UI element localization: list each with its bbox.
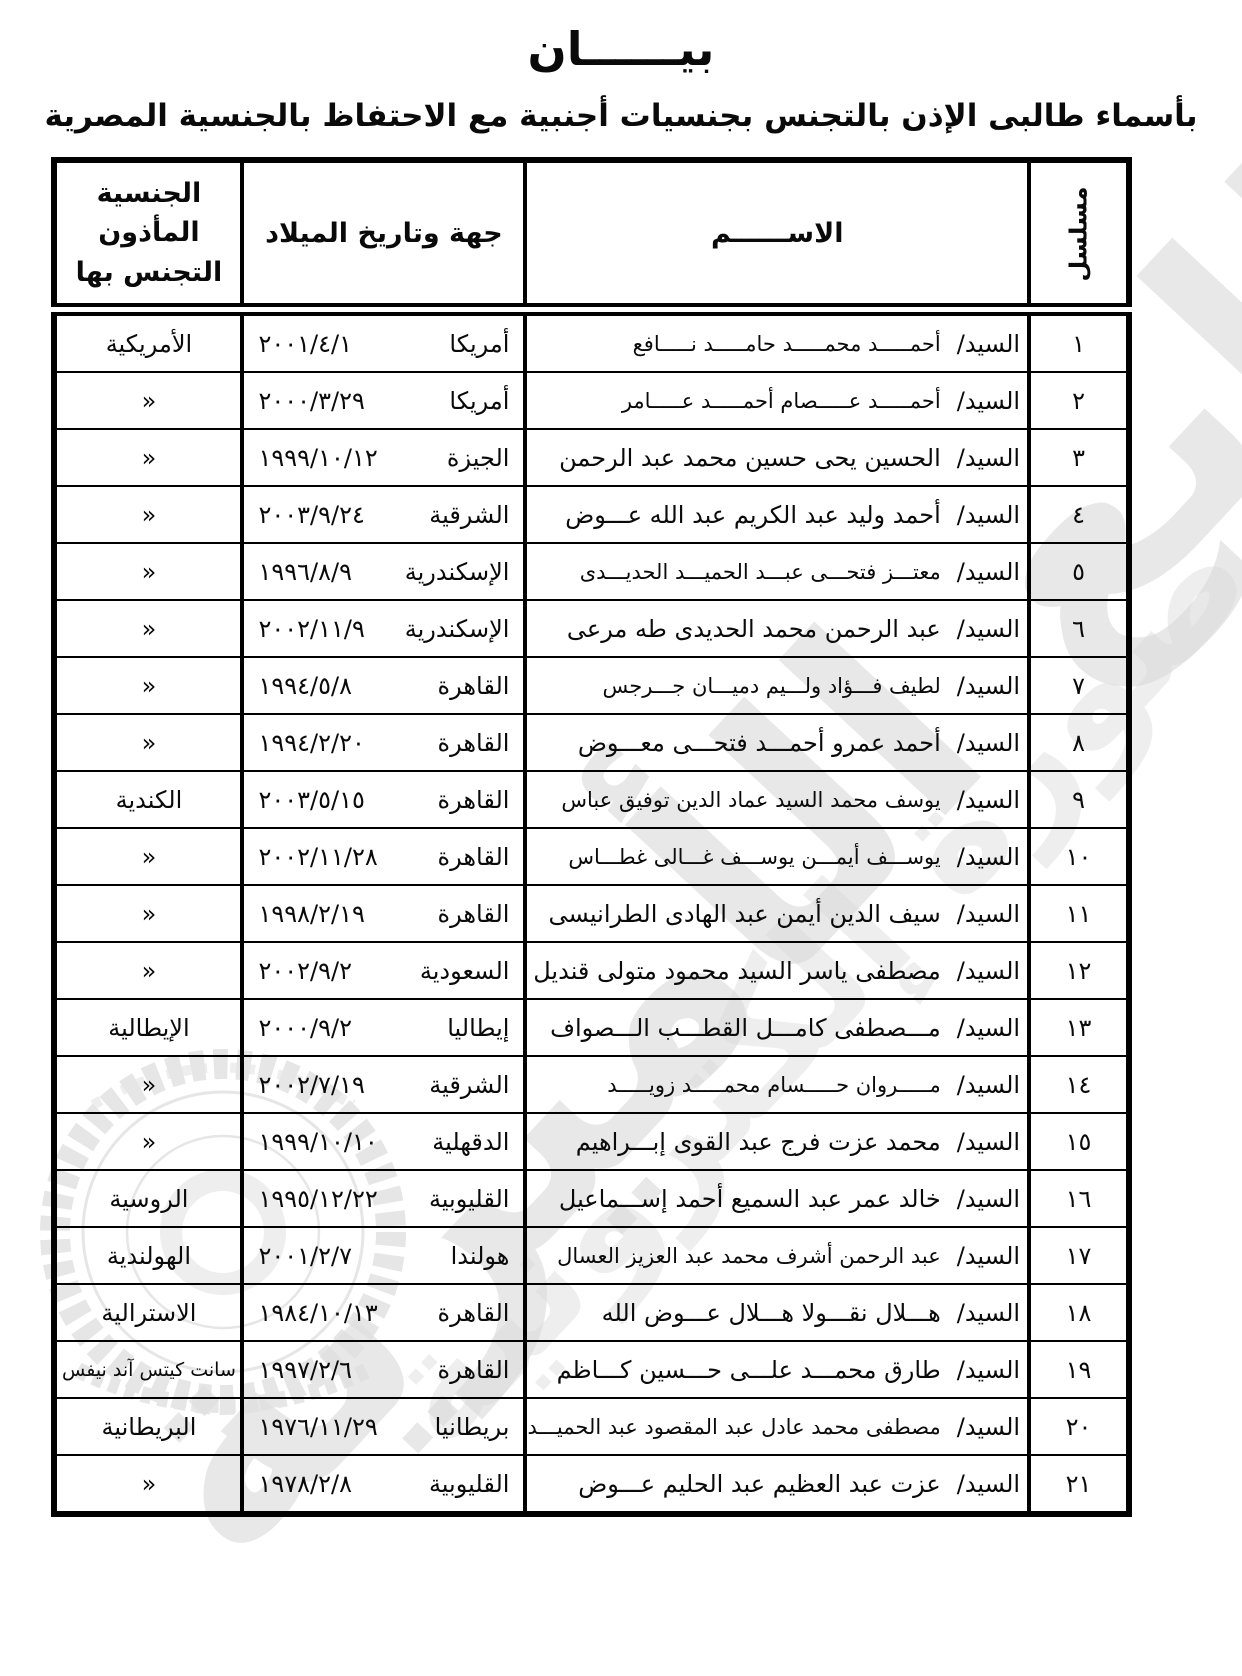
name-cell: السيد/أحمد عمرو أحمـــد فتحـــى معـــوض [525, 714, 1029, 771]
person-name: الحسين يحى حسين محمد عبد الرحمن [559, 444, 941, 472]
name-cell-inner: السيد/أحمد وليد عبد الكريم عبد الله عـــ… [527, 501, 1027, 529]
name-cell: السيد/مـــــروان حـــــسام محمـــــد زوي… [525, 1056, 1029, 1113]
name-cell: السيد/عزت عبد العظيم عبد الحليم عـــوض [525, 1455, 1029, 1514]
birth-cell: الإسكندرية٢٠٠٢/١١/٩ [242, 600, 525, 657]
serial-cell: ٤ [1029, 486, 1129, 543]
birth-cell: القاهرة٢٠٠٣/٥/١٥ [242, 771, 525, 828]
nationality-cell: الإيطالية [54, 999, 242, 1056]
birth-date: ١٩٩٦/٨/٩ [258, 558, 352, 586]
birth-place: الإسكندرية [405, 558, 510, 586]
birth-date: ٢٠٠١/٢/٧ [258, 1242, 352, 1270]
birth-place: القاهرة [438, 1356, 510, 1384]
nationality-cell: « [54, 1113, 242, 1170]
name-cell: السيد/مـــصطفى كامـــل القطـــب الـــصوا… [525, 999, 1029, 1056]
header-nationality-line1: الجنسية المأذون [57, 174, 240, 252]
name-cell-inner: السيد/عبد الرحمن أشرف محمد عبد العزيز ال… [527, 1242, 1027, 1270]
table-row: ٩السيد/يوسف محمد السيد عماد الدين توفيق … [54, 771, 1129, 828]
birth-date: ١٩٨٤/١٠/١٣ [258, 1299, 377, 1327]
name-cell-inner: السيد/مصطفى ياسر السيد محمود متولى قنديل [527, 957, 1027, 985]
birth-date: ١٩٩٩/١٠/١٠ [258, 1128, 377, 1156]
nationality-cell: « [54, 1056, 242, 1113]
name-cell-inner: السيد/أحمـــــد عـــــصام أحمـــــد عـــ… [527, 387, 1027, 415]
person-name: عبد الرحمن أشرف محمد عبد العزيز العسال [557, 1244, 941, 1268]
birth-cell: الجيزة١٩٩٩/١٠/١٢ [242, 429, 525, 486]
nationality-cell: الأمريكية [54, 310, 242, 373]
nationality-cell: « [54, 885, 242, 942]
nationality-cell: سانت كيتس آند نيفس [54, 1341, 242, 1398]
table-row: ١٨السيد/هـــلال نقـــولا هـــلال عـــوض … [54, 1284, 1129, 1341]
nationality-cell: « [54, 600, 242, 657]
honorific: السيد/ [957, 615, 1020, 643]
serial-cell: ١٨ [1029, 1284, 1129, 1341]
table-row: ١٤السيد/مـــــروان حـــــسام محمـــــد ز… [54, 1056, 1129, 1113]
honorific: السيد/ [957, 1413, 1020, 1441]
name-cell-inner: السيد/طارق محمـــد علـــى حـــسين كـــاظ… [527, 1356, 1027, 1384]
serial-cell: ١٦ [1029, 1170, 1129, 1227]
birth-cell-inner: هولندا٢٠٠١/٢/٧ [244, 1242, 523, 1270]
birth-place: السعودية [420, 957, 510, 985]
name-cell-inner: السيد/محمد عزت فرج عبد القوى إبـــراهيم [527, 1128, 1027, 1156]
name-cell: السيد/أحمد وليد عبد الكريم عبد الله عـــ… [525, 486, 1029, 543]
serial-cell: ٣ [1029, 429, 1129, 486]
table-row: ٥السيد/معتـــز فتحـــى عبـــد الحميـــد … [54, 543, 1129, 600]
header-serial: مسلسل [1029, 160, 1129, 310]
person-name: هـــلال نقـــولا هـــلال عـــوض الله [602, 1299, 941, 1327]
nationality-cell: « [54, 429, 242, 486]
table-row: ١٥السيد/محمد عزت فرج عبد القوى إبـــراهي… [54, 1113, 1129, 1170]
name-cell-inner: السيد/خالد عمر عبد السميع أحمد إســـماعي… [527, 1185, 1027, 1213]
person-name: لطيف فـــؤاد ولـــيم دميـــان جـــرجس [603, 674, 941, 698]
honorific: السيد/ [957, 1299, 1020, 1327]
birth-cell: الشرقية٢٠٠٢/٧/١٩ [242, 1056, 525, 1113]
birth-place: أمريكا [449, 330, 509, 358]
honorific: السيد/ [957, 672, 1020, 700]
nationality-cell: « [54, 714, 242, 771]
birth-cell: القاهرة١٩٩٤/٥/٨ [242, 657, 525, 714]
birth-place: القاهرة [438, 900, 510, 928]
birth-cell-inner: السعودية٢٠٠٢/٩/٢ [244, 957, 523, 985]
table-row: ١١السيد/سيف الدين أيمن عبد الهادى الطران… [54, 885, 1129, 942]
table-row: ١٧السيد/عبد الرحمن أشرف محمد عبد العزيز … [54, 1227, 1129, 1284]
header-name: الاســــــم [525, 160, 1029, 310]
serial-cell: ١٩ [1029, 1341, 1129, 1398]
honorific: السيد/ [957, 1470, 1020, 1498]
birth-cell: القاهرة٢٠٠٢/١١/٢٨ [242, 828, 525, 885]
birth-cell: القاهرة١٩٩٤/٢/٢٠ [242, 714, 525, 771]
birth-place: القاهرة [438, 729, 510, 757]
birth-cell: الدقهلية١٩٩٩/١٠/١٠ [242, 1113, 525, 1170]
honorific: السيد/ [957, 558, 1020, 586]
header-serial-label: مسلسل [1065, 186, 1093, 281]
birth-place: إيطاليا [447, 1014, 509, 1042]
birth-cell-inner: القاهرة١٩٩٤/٢/٢٠ [244, 729, 523, 757]
table-row: ٨السيد/أحمد عمرو أحمـــد فتحـــى معـــوض… [54, 714, 1129, 771]
name-cell: السيد/مصطفى ياسر السيد محمود متولى قنديل [525, 942, 1029, 999]
name-cell: السيد/طارق محمـــد علـــى حـــسين كـــاظ… [525, 1341, 1029, 1398]
naturalization-table: مسلسل الاســــــم جهة وتاريخ الميلاد الج… [51, 157, 1132, 1517]
person-name: مـــــروان حـــــسام محمـــــد زويـــــد [607, 1073, 941, 1097]
honorific: السيد/ [957, 501, 1020, 529]
birth-cell-inner: الشرقية٢٠٠٣/٩/٢٤ [244, 501, 523, 529]
birth-cell: أمريكا٢٠٠٠/٣/٢٩ [242, 372, 525, 429]
table-row: ١٩السيد/طارق محمـــد علـــى حـــسين كـــ… [54, 1341, 1129, 1398]
person-name: أحمد عمرو أحمـــد فتحـــى معـــوض [578, 729, 941, 757]
header-birth: جهة وتاريخ الميلاد [242, 160, 525, 310]
name-cell-inner: السيد/مـــــروان حـــــسام محمـــــد زوي… [527, 1071, 1027, 1099]
birth-date: ٢٠٠٢/٩/٢ [258, 957, 352, 985]
name-cell: السيد/سيف الدين أيمن عبد الهادى الطرانيس… [525, 885, 1029, 942]
header-nationality-line2: التجنس بها [57, 253, 240, 292]
name-cell-inner: السيد/مصطفى محمد عادل عبد المقصود عبد ال… [527, 1413, 1027, 1441]
serial-cell: ٢ [1029, 372, 1129, 429]
birth-date: ٢٠٠٢/١١/٩ [258, 615, 364, 643]
name-cell: السيد/أحمـــــد محمـــــد حامـــــد نـــ… [525, 310, 1029, 373]
birth-cell: بريطانيا١٩٧٦/١١/٢٩ [242, 1398, 525, 1455]
birth-date: ١٩٩٧/٢/٦ [258, 1356, 352, 1384]
table-row: ١٠السيد/يوســـف أيمـــن يوســـف غـــالى … [54, 828, 1129, 885]
page-title: بيــــــان [0, 22, 1242, 76]
birth-cell-inner: الجيزة١٩٩٩/١٠/١٢ [244, 444, 523, 472]
header-nationality: الجنسية المأذون التجنس بها [54, 160, 242, 310]
birth-cell-inner: أمريكا٢٠٠١/٤/١ [244, 330, 523, 358]
birth-cell-inner: أمريكا٢٠٠٠/٣/٢٩ [244, 387, 523, 415]
person-name: أحمـــــد عـــــصام أحمـــــد عـــــامر [622, 389, 941, 413]
person-name: معتـــز فتحـــى عبـــد الحميـــد الحديــ… [580, 560, 941, 584]
nationality-cell: الهولندية [54, 1227, 242, 1284]
person-name: مصطفى ياسر السيد محمود متولى قنديل [533, 957, 941, 985]
birth-place: القليوبية [429, 1185, 510, 1213]
honorific: السيد/ [957, 444, 1020, 472]
person-name: مصطفى محمد عادل عبد المقصود عبد الحميـــ… [527, 1415, 940, 1439]
birth-cell-inner: القاهرة١٩٨٤/١٠/١٣ [244, 1299, 523, 1327]
name-cell: السيد/عبد الرحمن محمد الحديدى طه مرعى [525, 600, 1029, 657]
honorific: السيد/ [957, 1128, 1020, 1156]
birth-cell-inner: الإسكندرية١٩٩٦/٨/٩ [244, 558, 523, 586]
birth-cell: إيطاليا٢٠٠٠/٩/٢ [242, 999, 525, 1056]
nationality-cell: الكندية [54, 771, 242, 828]
birth-date: ١٩٧٦/١١/٢٩ [258, 1413, 377, 1441]
name-cell: السيد/معتـــز فتحـــى عبـــد الحميـــد ا… [525, 543, 1029, 600]
birth-cell-inner: الشرقية٢٠٠٢/٧/١٩ [244, 1071, 523, 1099]
birth-place: الجيزة [447, 444, 510, 472]
birth-cell-inner: القاهرة٢٠٠٣/٥/١٥ [244, 786, 523, 814]
birth-date: ٢٠٠٠/٣/٢٩ [258, 387, 364, 415]
birth-cell-inner: إيطاليا٢٠٠٠/٩/٢ [244, 1014, 523, 1042]
birth-cell: هولندا٢٠٠١/٢/٧ [242, 1227, 525, 1284]
name-cell-inner: السيد/مـــصطفى كامـــل القطـــب الـــصوا… [527, 1014, 1027, 1042]
person-name: عبد الرحمن محمد الحديدى طه مرعى [567, 615, 941, 643]
nationality-cell: « [54, 1455, 242, 1514]
nationality-cell: « [54, 828, 242, 885]
birth-cell: السعودية٢٠٠٢/٩/٢ [242, 942, 525, 999]
document-page: المطابع الأميرية صورة إلكترونية بيــــــ… [0, 0, 1242, 1676]
birth-date: ٢٠٠١/٤/١ [258, 330, 352, 358]
birth-place: القاهرة [438, 786, 510, 814]
serial-cell: ١٣ [1029, 999, 1129, 1056]
name-cell: السيد/عبد الرحمن أشرف محمد عبد العزيز ال… [525, 1227, 1029, 1284]
birth-cell: الإسكندرية١٩٩٦/٨/٩ [242, 543, 525, 600]
honorific: السيد/ [957, 1242, 1020, 1270]
person-name: محمد عزت فرج عبد القوى إبـــراهيم [576, 1128, 941, 1156]
serial-cell: ٦ [1029, 600, 1129, 657]
table-body: ١السيد/أحمـــــد محمـــــد حامـــــد نــ… [54, 310, 1129, 1515]
table-row: ٢٠السيد/مصطفى محمد عادل عبد المقصود عبد … [54, 1398, 1129, 1455]
person-name: يوســـف أيمـــن يوســـف غـــالى غطـــاس [568, 845, 940, 869]
person-name: طارق محمـــد علـــى حـــسين كـــاظم [557, 1356, 941, 1384]
name-cell: السيد/الحسين يحى حسين محمد عبد الرحمن [525, 429, 1029, 486]
honorific: السيد/ [957, 1071, 1020, 1099]
birth-cell: القاهرة١٩٨٤/١٠/١٣ [242, 1284, 525, 1341]
birth-place: القاهرة [438, 843, 510, 871]
honorific: السيد/ [957, 843, 1020, 871]
birth-date: ١٩٩٥/١٢/٢٢ [258, 1185, 377, 1213]
table-row: ٦السيد/عبد الرحمن محمد الحديدى طه مرعىال… [54, 600, 1129, 657]
birth-cell-inner: القليوبية١٩٩٥/١٢/٢٢ [244, 1185, 523, 1213]
serial-cell: ٥ [1029, 543, 1129, 600]
birth-place: القاهرة [438, 672, 510, 700]
nationality-cell: الاسترالية [54, 1284, 242, 1341]
birth-date: ٢٠٠٠/٩/٢ [258, 1014, 352, 1042]
birth-date: ١٩٩٩/١٠/١٢ [258, 444, 377, 472]
nationality-cell: « [54, 657, 242, 714]
nationality-cell: البريطانية [54, 1398, 242, 1455]
birth-date: ٢٠٠٣/٩/٢٤ [258, 501, 364, 529]
birth-place: الشرقية [429, 501, 509, 529]
serial-cell: ٢١ [1029, 1455, 1129, 1514]
honorific: السيد/ [957, 900, 1020, 928]
serial-cell: ١٤ [1029, 1056, 1129, 1113]
honorific: السيد/ [957, 1014, 1020, 1042]
honorific: السيد/ [957, 387, 1020, 415]
serial-cell: ١٥ [1029, 1113, 1129, 1170]
person-name: أحمـــــد محمـــــد حامـــــد نـــــافع [633, 332, 941, 356]
table-row: ٤السيد/أحمد وليد عبد الكريم عبد الله عــ… [54, 486, 1129, 543]
honorific: السيد/ [957, 330, 1020, 358]
name-cell-inner: السيد/الحسين يحى حسين محمد عبد الرحمن [527, 444, 1027, 472]
birth-cell: القاهرة١٩٩٧/٢/٦ [242, 1341, 525, 1398]
birth-date: ١٩٩٤/٢/٢٠ [258, 729, 364, 757]
table-row: ٢السيد/أحمـــــد عـــــصام أحمـــــد عــ… [54, 372, 1129, 429]
nationality-cell: « [54, 942, 242, 999]
birth-date: ١٩٩٤/٥/٨ [258, 672, 352, 700]
birth-cell-inner: القاهرة١٩٩٤/٥/٨ [244, 672, 523, 700]
table-header-row: مسلسل الاســــــم جهة وتاريخ الميلاد الج… [54, 160, 1129, 310]
serial-cell: ٢٠ [1029, 1398, 1129, 1455]
serial-cell: ١٧ [1029, 1227, 1129, 1284]
birth-cell: القاهرة١٩٩٨/٢/١٩ [242, 885, 525, 942]
birth-place: الإسكندرية [405, 615, 510, 643]
name-cell-inner: السيد/سيف الدين أيمن عبد الهادى الطرانيس… [527, 900, 1027, 928]
nationality-cell: « [54, 486, 242, 543]
birth-cell: الشرقية٢٠٠٣/٩/٢٤ [242, 486, 525, 543]
name-cell-inner: السيد/يوســـف أيمـــن يوســـف غـــالى غط… [527, 843, 1027, 871]
birth-place: هولندا [451, 1242, 510, 1270]
birth-cell-inner: بريطانيا١٩٧٦/١١/٢٩ [244, 1413, 523, 1441]
birth-cell-inner: القاهرة١٩٩٨/٢/١٩ [244, 900, 523, 928]
table-row: ١السيد/أحمـــــد محمـــــد حامـــــد نــ… [54, 310, 1129, 373]
honorific: السيد/ [957, 957, 1020, 985]
page-subtitle: بأسماء طالبى الإذن بالتجنس بجنسيات أجنبي… [0, 98, 1242, 134]
honorific: السيد/ [957, 786, 1020, 814]
name-cell: السيد/محمد عزت فرج عبد القوى إبـــراهيم [525, 1113, 1029, 1170]
table-row: ٢١السيد/عزت عبد العظيم عبد الحليم عـــوض… [54, 1455, 1129, 1514]
serial-cell: ١ [1029, 310, 1129, 373]
table-row: ٣السيد/الحسين يحى حسين محمد عبد الرحمنال… [54, 429, 1129, 486]
person-name: عزت عبد العظيم عبد الحليم عـــوض [578, 1470, 941, 1498]
honorific: السيد/ [957, 1356, 1020, 1384]
person-name: يوسف محمد السيد عماد الدين توفيق عباس [561, 788, 940, 812]
birth-cell: القليوبية١٩٩٥/١٢/٢٢ [242, 1170, 525, 1227]
birth-place: أمريكا [449, 387, 509, 415]
name-cell-inner: السيد/أحمد عمرو أحمـــد فتحـــى معـــوض [527, 729, 1027, 757]
name-cell-inner: السيد/عزت عبد العظيم عبد الحليم عـــوض [527, 1470, 1027, 1498]
table-row: ٧السيد/لطيف فـــؤاد ولـــيم دميـــان جــ… [54, 657, 1129, 714]
birth-cell-inner: القليوبية١٩٧٨/٢/٨ [244, 1470, 523, 1498]
birth-place: القاهرة [438, 1299, 510, 1327]
nationality-cell: الروسية [54, 1170, 242, 1227]
person-name: أحمد وليد عبد الكريم عبد الله عـــوض [565, 501, 941, 529]
birth-place: الدقهلية [432, 1128, 509, 1156]
birth-cell-inner: الإسكندرية٢٠٠٢/١١/٩ [244, 615, 523, 643]
serial-cell: ١١ [1029, 885, 1129, 942]
birth-cell: أمريكا٢٠٠١/٤/١ [242, 310, 525, 373]
nationality-cell: « [54, 372, 242, 429]
table-row: ١٦السيد/خالد عمر عبد السميع أحمد إســـما… [54, 1170, 1129, 1227]
nationality-cell: « [54, 543, 242, 600]
name-cell: السيد/يوسف محمد السيد عماد الدين توفيق ع… [525, 771, 1029, 828]
birth-place: القليوبية [429, 1470, 510, 1498]
name-cell: السيد/مصطفى محمد عادل عبد المقصود عبد ال… [525, 1398, 1029, 1455]
person-name: مـــصطفى كامـــل القطـــب الـــصواف [550, 1014, 941, 1042]
name-cell: السيد/خالد عمر عبد السميع أحمد إســـماعي… [525, 1170, 1029, 1227]
serial-cell: ٩ [1029, 771, 1129, 828]
name-cell-inner: السيد/يوسف محمد السيد عماد الدين توفيق ع… [527, 786, 1027, 814]
person-name: خالد عمر عبد السميع أحمد إســـماعيل [559, 1185, 941, 1213]
person-name: سيف الدين أيمن عبد الهادى الطرانيسى [548, 900, 940, 928]
birth-date: ١٩٧٨/٢/٨ [258, 1470, 352, 1498]
name-cell-inner: السيد/معتـــز فتحـــى عبـــد الحميـــد ا… [527, 558, 1027, 586]
birth-date: ٢٠٠٢/٧/١٩ [258, 1071, 364, 1099]
birth-cell-inner: القاهرة٢٠٠٢/١١/٢٨ [244, 843, 523, 871]
serial-cell: ١٢ [1029, 942, 1129, 999]
serial-cell: ١٠ [1029, 828, 1129, 885]
serial-cell: ٧ [1029, 657, 1129, 714]
serial-cell: ٨ [1029, 714, 1129, 771]
name-cell: السيد/هـــلال نقـــولا هـــلال عـــوض ال… [525, 1284, 1029, 1341]
name-cell-inner: السيد/هـــلال نقـــولا هـــلال عـــوض ال… [527, 1299, 1027, 1327]
honorific: السيد/ [957, 729, 1020, 757]
name-cell: السيد/أحمـــــد عـــــصام أحمـــــد عـــ… [525, 372, 1029, 429]
birth-date: ١٩٩٨/٢/١٩ [258, 900, 364, 928]
birth-place: الشرقية [429, 1071, 509, 1099]
birth-cell: القليوبية١٩٧٨/٢/٨ [242, 1455, 525, 1514]
birth-cell-inner: القاهرة١٩٩٧/٢/٦ [244, 1356, 523, 1384]
table-row: ١٣السيد/مـــصطفى كامـــل القطـــب الـــص… [54, 999, 1129, 1056]
birth-date: ٢٠٠٣/٥/١٥ [258, 786, 364, 814]
name-cell-inner: السيد/أحمـــــد محمـــــد حامـــــد نـــ… [527, 330, 1027, 358]
name-cell-inner: السيد/لطيف فـــؤاد ولـــيم دميـــان جـــ… [527, 672, 1027, 700]
name-cell: السيد/لطيف فـــؤاد ولـــيم دميـــان جـــ… [525, 657, 1029, 714]
birth-date: ٢٠٠٢/١١/٢٨ [258, 843, 377, 871]
birth-place: بريطانيا [435, 1413, 510, 1441]
honorific: السيد/ [957, 1185, 1020, 1213]
name-cell: السيد/يوســـف أيمـــن يوســـف غـــالى غط… [525, 828, 1029, 885]
name-cell-inner: السيد/عبد الرحمن محمد الحديدى طه مرعى [527, 615, 1027, 643]
birth-cell-inner: الدقهلية١٩٩٩/١٠/١٠ [244, 1128, 523, 1156]
table-row: ١٢السيد/مصطفى ياسر السيد محمود متولى قند… [54, 942, 1129, 999]
